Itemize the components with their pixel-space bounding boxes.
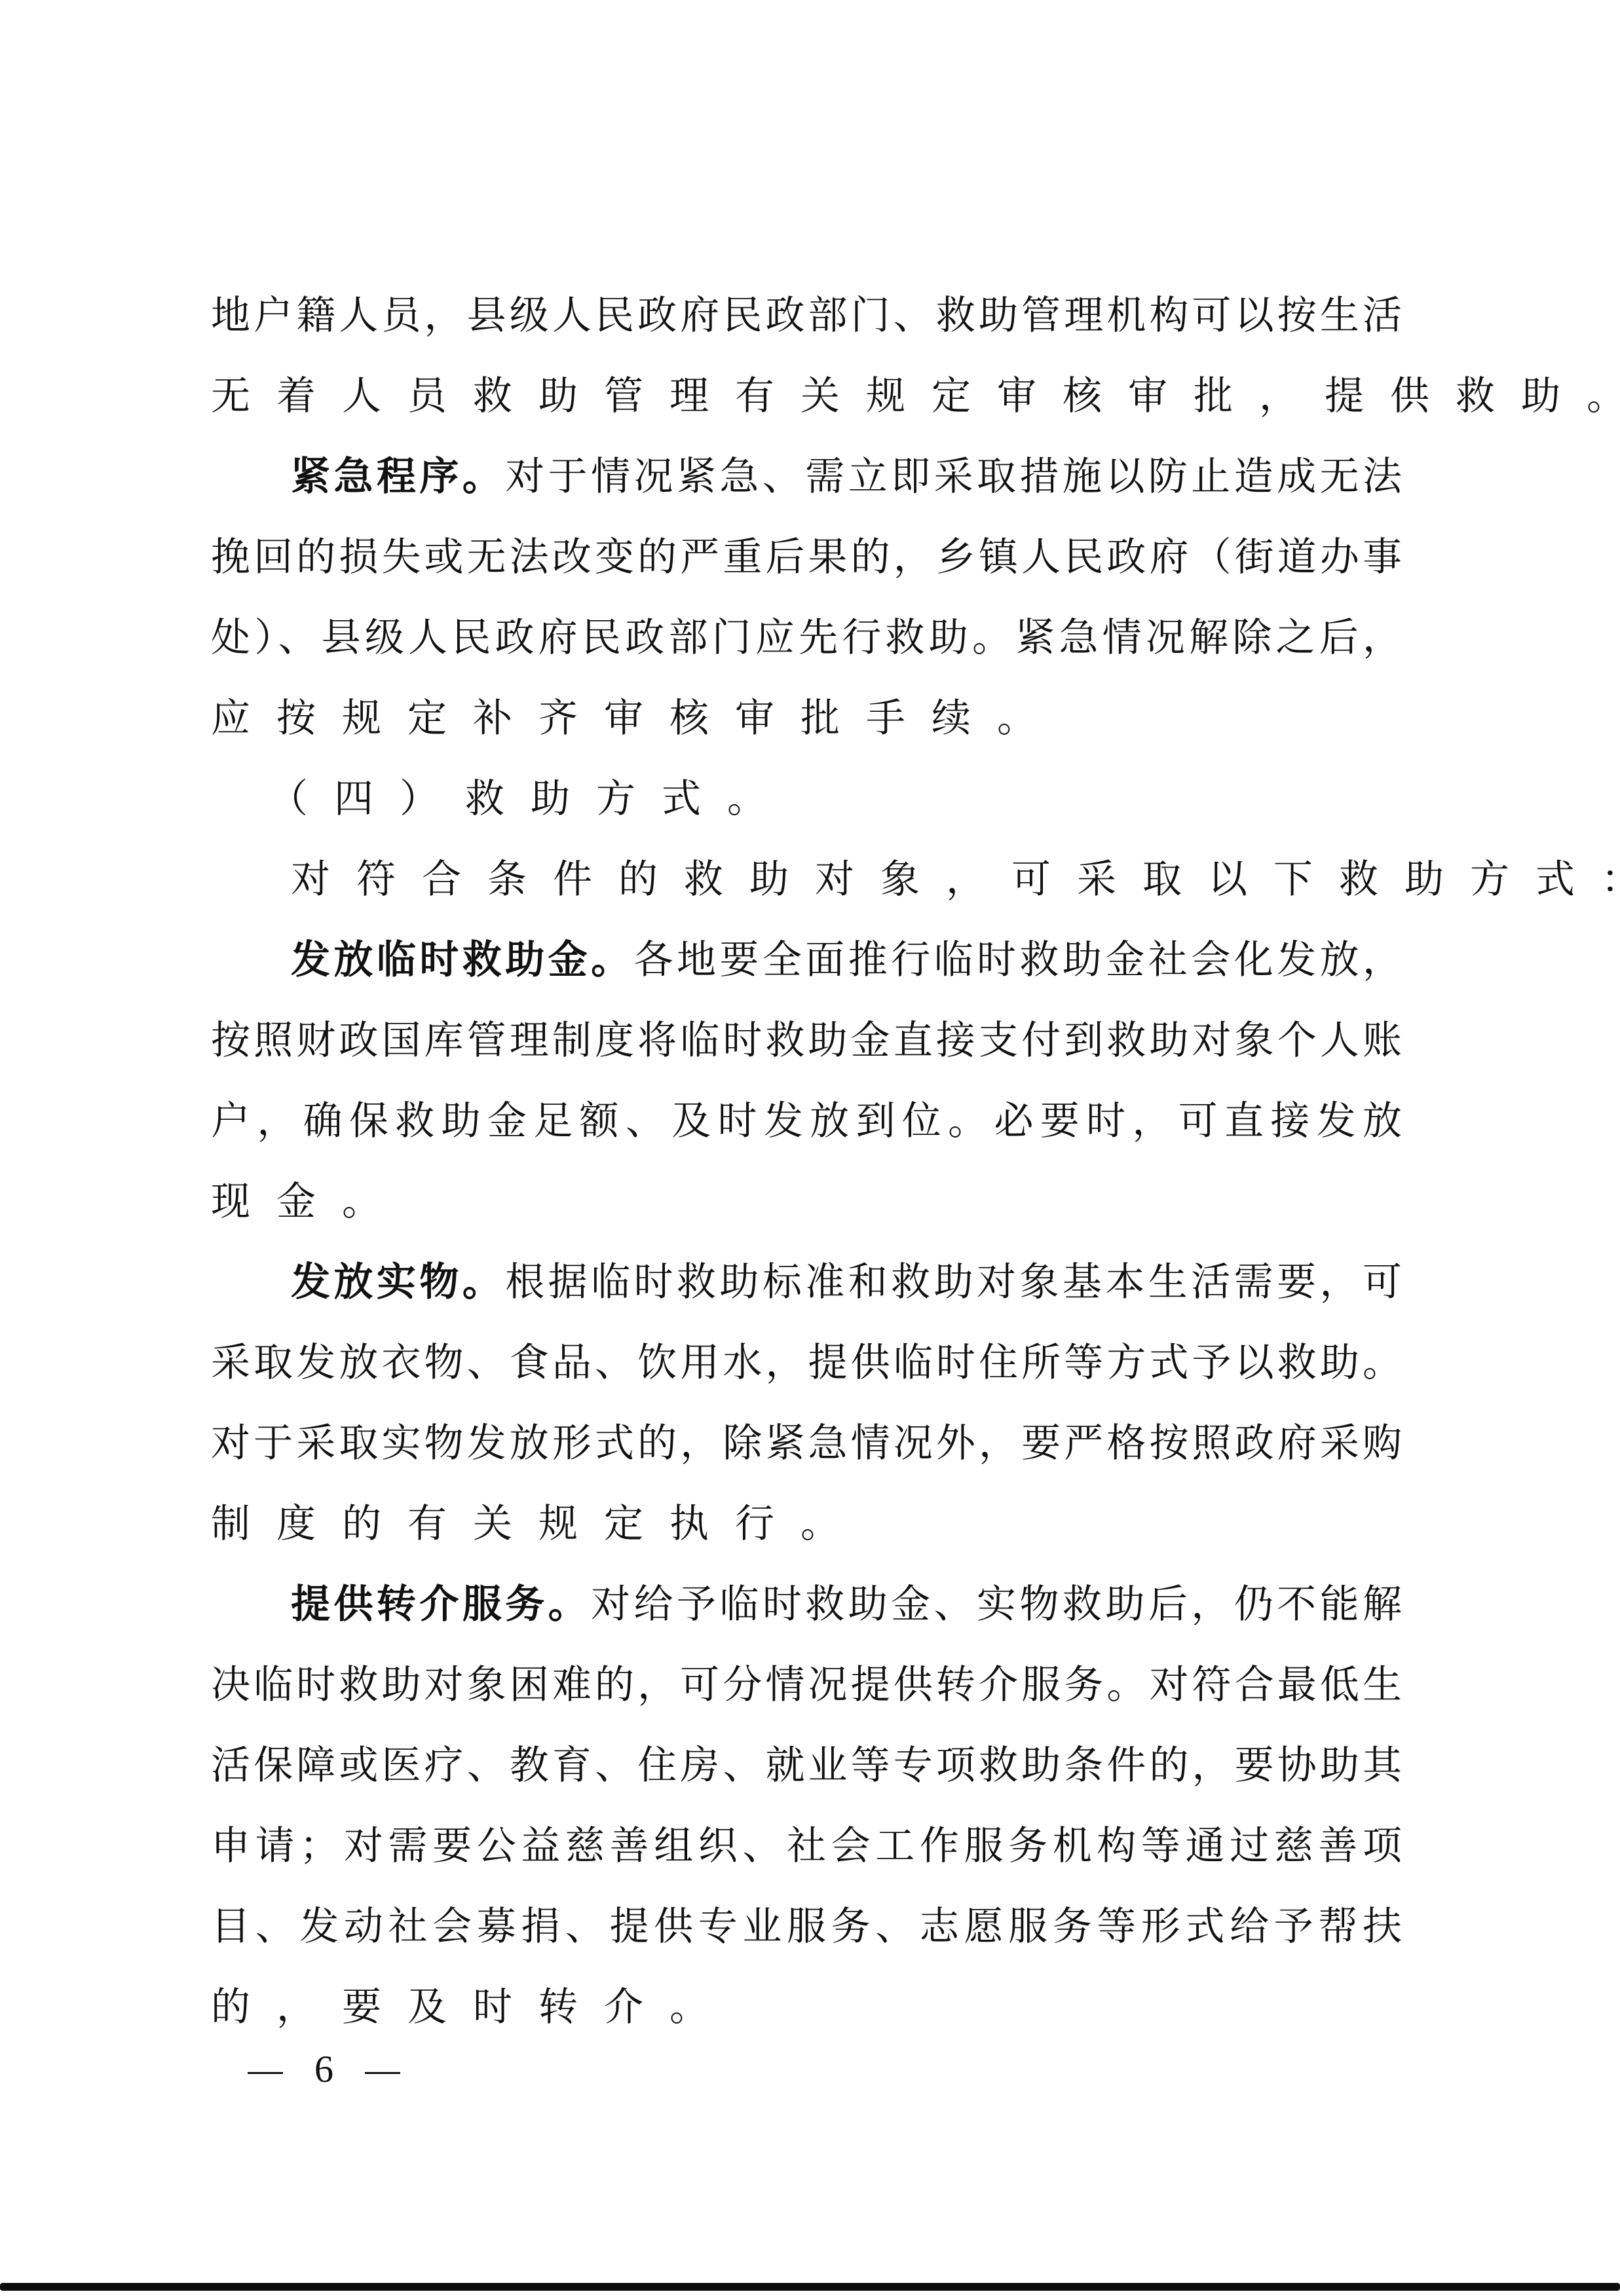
line-text: 无着人员救助管理有关规定审核审批，提供救助。	[211, 373, 1620, 419]
text-line: 按照财政国库管理制度将临时救助金直接支付到救助对象个人账	[211, 1014, 1402, 1067]
line-text: 各地要全面推行临时救助金社会化发放，	[634, 937, 1402, 983]
page-number-value: 6	[290, 2050, 358, 2089]
paragraph-referral-service: 提供转介服务。对给予临时救助金、实物救助后，仍不能解	[291, 1578, 1402, 1631]
line-text: 按照财政国库管理制度将临时救助金直接支付到救助对象个人账	[211, 1018, 1402, 1064]
text-line: 的，要及时转介。	[211, 1981, 1402, 2033]
line-text: 申请；对需要公益慈善组织、社会工作服务机构等通过慈善项	[211, 1823, 1402, 1869]
line-text: 处）、县级人民政府民政部门应先行救助。紧急情况解除之后，	[211, 615, 1402, 661]
text-line: 采取发放衣物、食品、饮用水，提供临时住所等方式予以救助。	[211, 1337, 1402, 1389]
text-line: 户，确保救助金足额、及时发放到位。必要时，可直接发放	[211, 1095, 1402, 1147]
paragraph-emergency-procedure: 紧急程序。对于情况紧急、需立即采取措施以防止造成无法	[291, 451, 1402, 503]
line-text: 户，确保救助金足额、及时发放到位。必要时，可直接发放	[211, 1098, 1402, 1144]
paragraph-heading: 紧急程序。	[291, 454, 505, 500]
page-number: 6	[241, 2050, 407, 2089]
paragraph-heading: 发放实物。	[291, 1259, 505, 1305]
text-line: 处）、县级人民政府民政部门应先行救助。紧急情况解除之后，	[211, 612, 1402, 664]
text-line: 申请；对需要公益慈善组织、社会工作服务机构等通过慈善项	[211, 1820, 1402, 1872]
line-text: 现金。	[211, 1179, 407, 1225]
text-line: 应按规定补齐审核审批手续。	[211, 692, 1402, 745]
document-page: 地户籍人员，县级人民政府民政部门、救助管理机构可以按生活 无着人员救助管理有关规…	[0, 0, 1620, 2296]
text-line: 制度的有关规定执行。	[211, 1498, 1402, 1550]
line-text: 对于情况紧急、需立即采取措施以防止造成无法	[505, 454, 1402, 500]
line-text: 根据临时救助标准和救助对象基本生活需要，可	[505, 1259, 1402, 1305]
page-number-dash-right	[365, 2072, 400, 2074]
section-heading-assistance-methods: （四）救助方式。	[269, 773, 1380, 825]
paragraph-heading: 提供转介服务。	[291, 1582, 591, 1627]
line-text: 采取发放衣物、食品、饮用水，提供临时住所等方式予以救助。	[211, 1340, 1402, 1386]
text-line: 目、发动社会募捐、提供专业服务、志愿服务等形式给予帮扶	[211, 1900, 1402, 1953]
text-line: 对符合条件的救助对象，可采取以下救助方式：	[291, 853, 1402, 906]
text-line: 活保障或医疗、教育、住房、就业等专项救助条件的，要协助其	[211, 1739, 1402, 1792]
text-line: 无着人员救助管理有关规定审核审批，提供救助。	[211, 370, 1402, 422]
text-line: 地户籍人员，县级人民政府民政部门、救助管理机构可以按生活	[211, 289, 1402, 342]
text-line: 决临时救助对象困难的，可分情况提供转介服务。对符合最低生	[211, 1659, 1402, 1711]
line-text: 的，要及时转介。	[211, 1984, 735, 2030]
line-text: 决临时救助对象困难的，可分情况提供转介服务。对符合最低生	[211, 1662, 1402, 1708]
paragraph-in-kind-assistance: 发放实物。根据临时救助标准和救助对象基本生活需要，可	[291, 1256, 1402, 1308]
line-text: 制度的有关规定执行。	[211, 1501, 866, 1547]
text-line: 现金。	[211, 1176, 1402, 1228]
paragraph-cash-assistance: 发放临时救助金。各地要全面推行临时救助金社会化发放，	[291, 934, 1402, 986]
text-line: 挽回的损失或无法改变的严重后果的，乡镇人民政府（街道办事	[211, 531, 1402, 583]
line-text: 目、发动社会募捐、提供专业服务、志愿服务等形式给予帮扶	[211, 1904, 1402, 1950]
line-text: 应按规定补齐审核审批手续。	[211, 695, 1063, 741]
line-text: 活保障或医疗、教育、住房、就业等专项救助条件的，要协助其	[211, 1743, 1402, 1788]
page-number-dash-left	[248, 2072, 283, 2074]
line-text: 地户籍人员，县级人民政府民政部门、救助管理机构可以按生活	[211, 293, 1402, 339]
line-text: 挽回的损失或无法改变的严重后果的，乡镇人民政府（街道办事	[211, 534, 1402, 580]
section-heading: （四）救助方式。	[269, 776, 793, 822]
paragraph-heading: 发放临时救助金。	[291, 937, 634, 983]
footer-rule-divider	[0, 2283, 1620, 2291]
line-text: 对给予临时救助金、实物救助后，仍不能解	[591, 1582, 1402, 1627]
line-text: 对于采取实物发放形式的，除紧急情况外，要严格按照政府采购	[211, 1420, 1402, 1466]
line-text: 对符合条件的救助对象，可采取以下救助方式：	[291, 857, 1620, 902]
text-line: 对于采取实物发放形式的，除紧急情况外，要严格按照政府采购	[211, 1417, 1402, 1470]
